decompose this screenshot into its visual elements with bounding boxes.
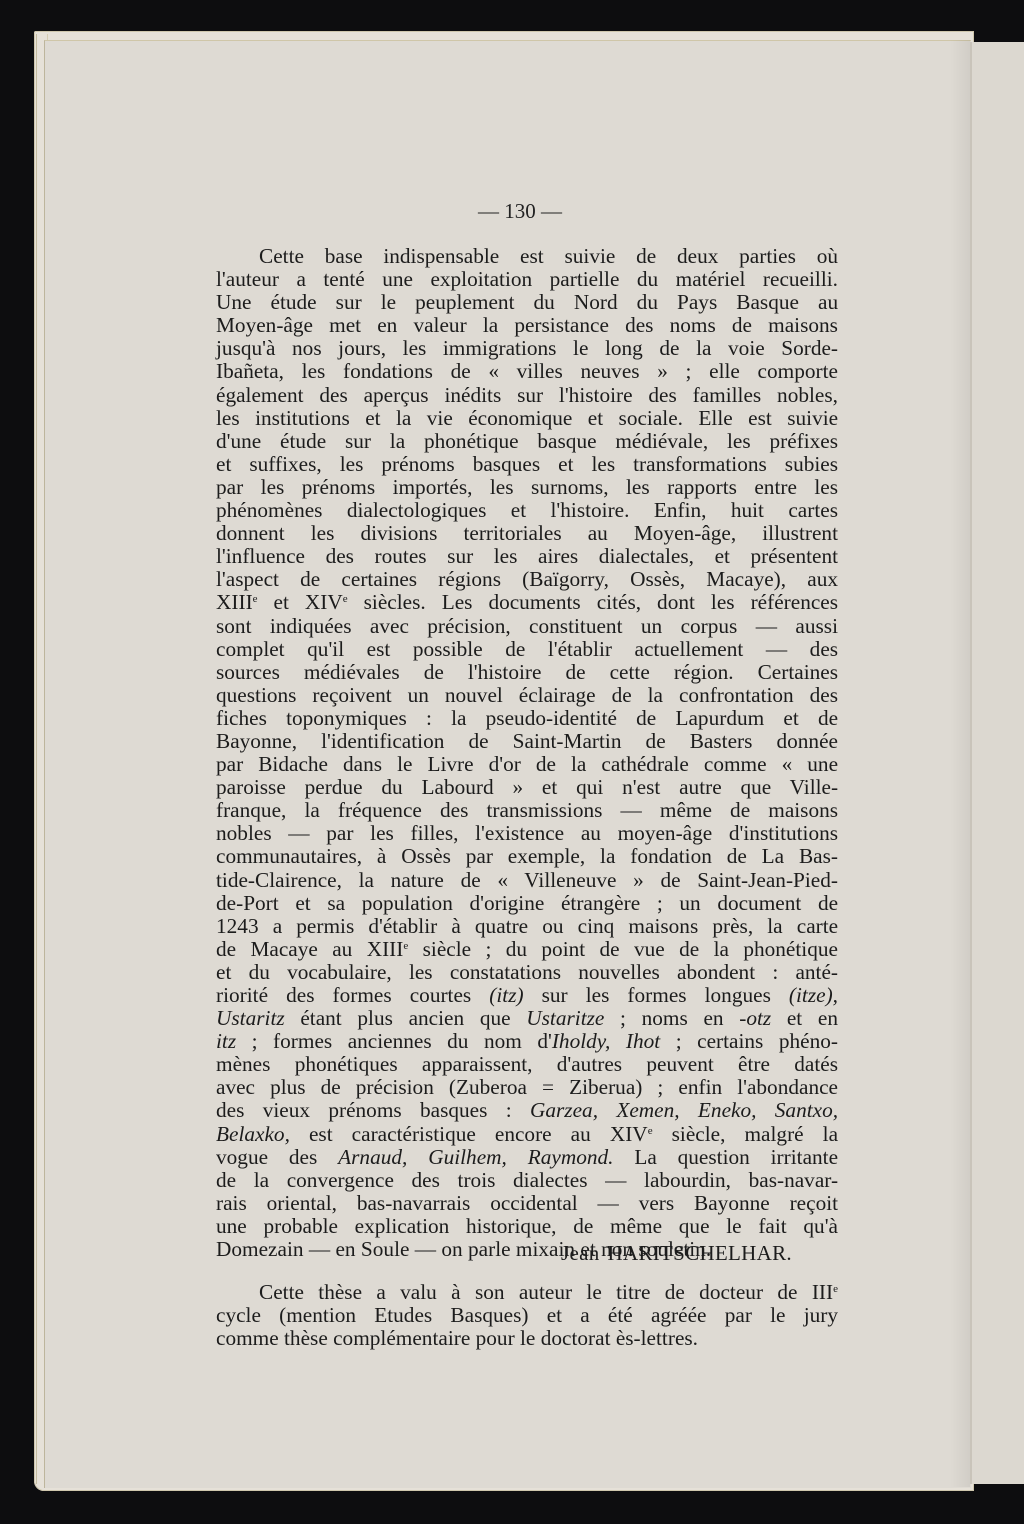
text-line: jusqu'à nos jours, les immigrations le l…: [216, 337, 838, 360]
text-line: sources médiévales de l'histoire de cett…: [216, 661, 838, 684]
text-line: Une étude sur le peuplement du Nord du P…: [216, 291, 838, 314]
text-line: et du vocabulaire, les constatations nou…: [216, 961, 838, 984]
text-line: paroisse perdue du Labourd » et qui n'es…: [216, 776, 838, 799]
text-line: une probable explication historique, de …: [216, 1215, 838, 1238]
text-line: communautaires, à Ossès par exemple, la …: [216, 845, 838, 868]
paragraph-2: Cette thèse a valu à son auteur le titre…: [216, 1281, 838, 1350]
text-line: des vieux prénoms basques : Garzea, Xeme…: [216, 1099, 838, 1122]
text-line: Ibañeta, les fondations de « villes neuv…: [216, 360, 838, 383]
text-line: l'aspect de certaines régions (Baïgorry,…: [216, 568, 838, 591]
text-line: Cette thèse a valu à son auteur le titre…: [216, 1281, 838, 1304]
text-line: donnent les divisions territoriales au M…: [216, 522, 838, 545]
gutter-shadow: [950, 40, 970, 1487]
text-line: et suffixes, les prénoms basques et les …: [216, 453, 838, 476]
text-line: par les prénoms importés, les surnoms, l…: [216, 476, 838, 499]
facing-page-edge: [970, 42, 1024, 1484]
text-line: Ustaritz étant plus ancien que Ustaritze…: [216, 1007, 838, 1030]
text-line: Moyen-âge met en valeur la persistance d…: [216, 314, 838, 337]
text-line: l'auteur a tenté une exploitation partie…: [216, 268, 838, 291]
text-line: 1243 a permis d'établir à quatre ou cinq…: [216, 915, 838, 938]
text-line: XIIIe et XIVe siècles. Les documents cit…: [216, 591, 838, 614]
signature-last-name: HARITSCHELHAR.: [608, 1241, 792, 1265]
text-line: rais oriental, bas-navarrais occidental …: [216, 1192, 838, 1215]
text-line: riorité des formes courtes (itz) sur les…: [216, 984, 838, 1007]
text-line: l'influence des routes sur les aires dia…: [216, 545, 838, 568]
text-line: sont indiquées avec précision, constitue…: [216, 615, 838, 638]
text-line: mènes phonétiques apparaissent, d'autres…: [216, 1053, 838, 1076]
text-line: Cette base indispensable est suivie de d…: [216, 245, 838, 268]
text-line: franque, la fréquence des transmissions …: [216, 799, 838, 822]
paragraph-1: Cette base indispensable est suivie de d…: [216, 245, 838, 1261]
text-line: par Bidache dans le Livre d'or de la cat…: [216, 753, 838, 776]
text-line: complet qu'il est possible de l'établir …: [216, 638, 838, 661]
text-line: nobles — par les filles, l'existence au …: [216, 822, 838, 845]
text-line: Bayonne, l'identification de Saint-Marti…: [216, 730, 838, 753]
signature: JeanHARITSCHELHAR.: [561, 1241, 792, 1266]
text-line: de-Port et sa population d'origine étran…: [216, 892, 838, 915]
text-line: avec plus de précision (Zuberoa = Ziberu…: [216, 1076, 838, 1099]
text-line: tide-Clairence, la nature de « Villeneuv…: [216, 869, 838, 892]
text-line: questions reçoivent un nouvel éclairage …: [216, 684, 838, 707]
text-line: les institutions et la vie économique et…: [216, 407, 838, 430]
signature-first-name: Jean: [561, 1241, 600, 1265]
text-line: comme thèse complémentaire pour le docto…: [216, 1327, 838, 1350]
text-line: Belaxko, est caractéristique encore au X…: [216, 1123, 838, 1146]
body-text: Cette base indispensable est suivie de d…: [216, 245, 838, 1350]
page-number: — 130 —: [0, 199, 1024, 224]
text-line: fiches toponymiques : la pseudo-identité…: [216, 707, 838, 730]
text-line: phénomènes dialectologiques et l'histoir…: [216, 499, 838, 522]
text-line: itz ; formes anciennes du nom d'Iholdy, …: [216, 1030, 838, 1053]
text-line: d'une étude sur la phonétique basque méd…: [216, 430, 838, 453]
text-line: cycle (mention Etudes Basques) et a été …: [216, 1304, 838, 1327]
text-line: de Macaye au XIIIe siècle ; du point de …: [216, 938, 838, 961]
text-line: de la convergence des trois dialectes — …: [216, 1169, 838, 1192]
text-line: vogue des Arnaud, Guilhem, Raymond. La q…: [216, 1146, 838, 1169]
text-line: également des aperçus inédits sur l'hist…: [216, 384, 838, 407]
